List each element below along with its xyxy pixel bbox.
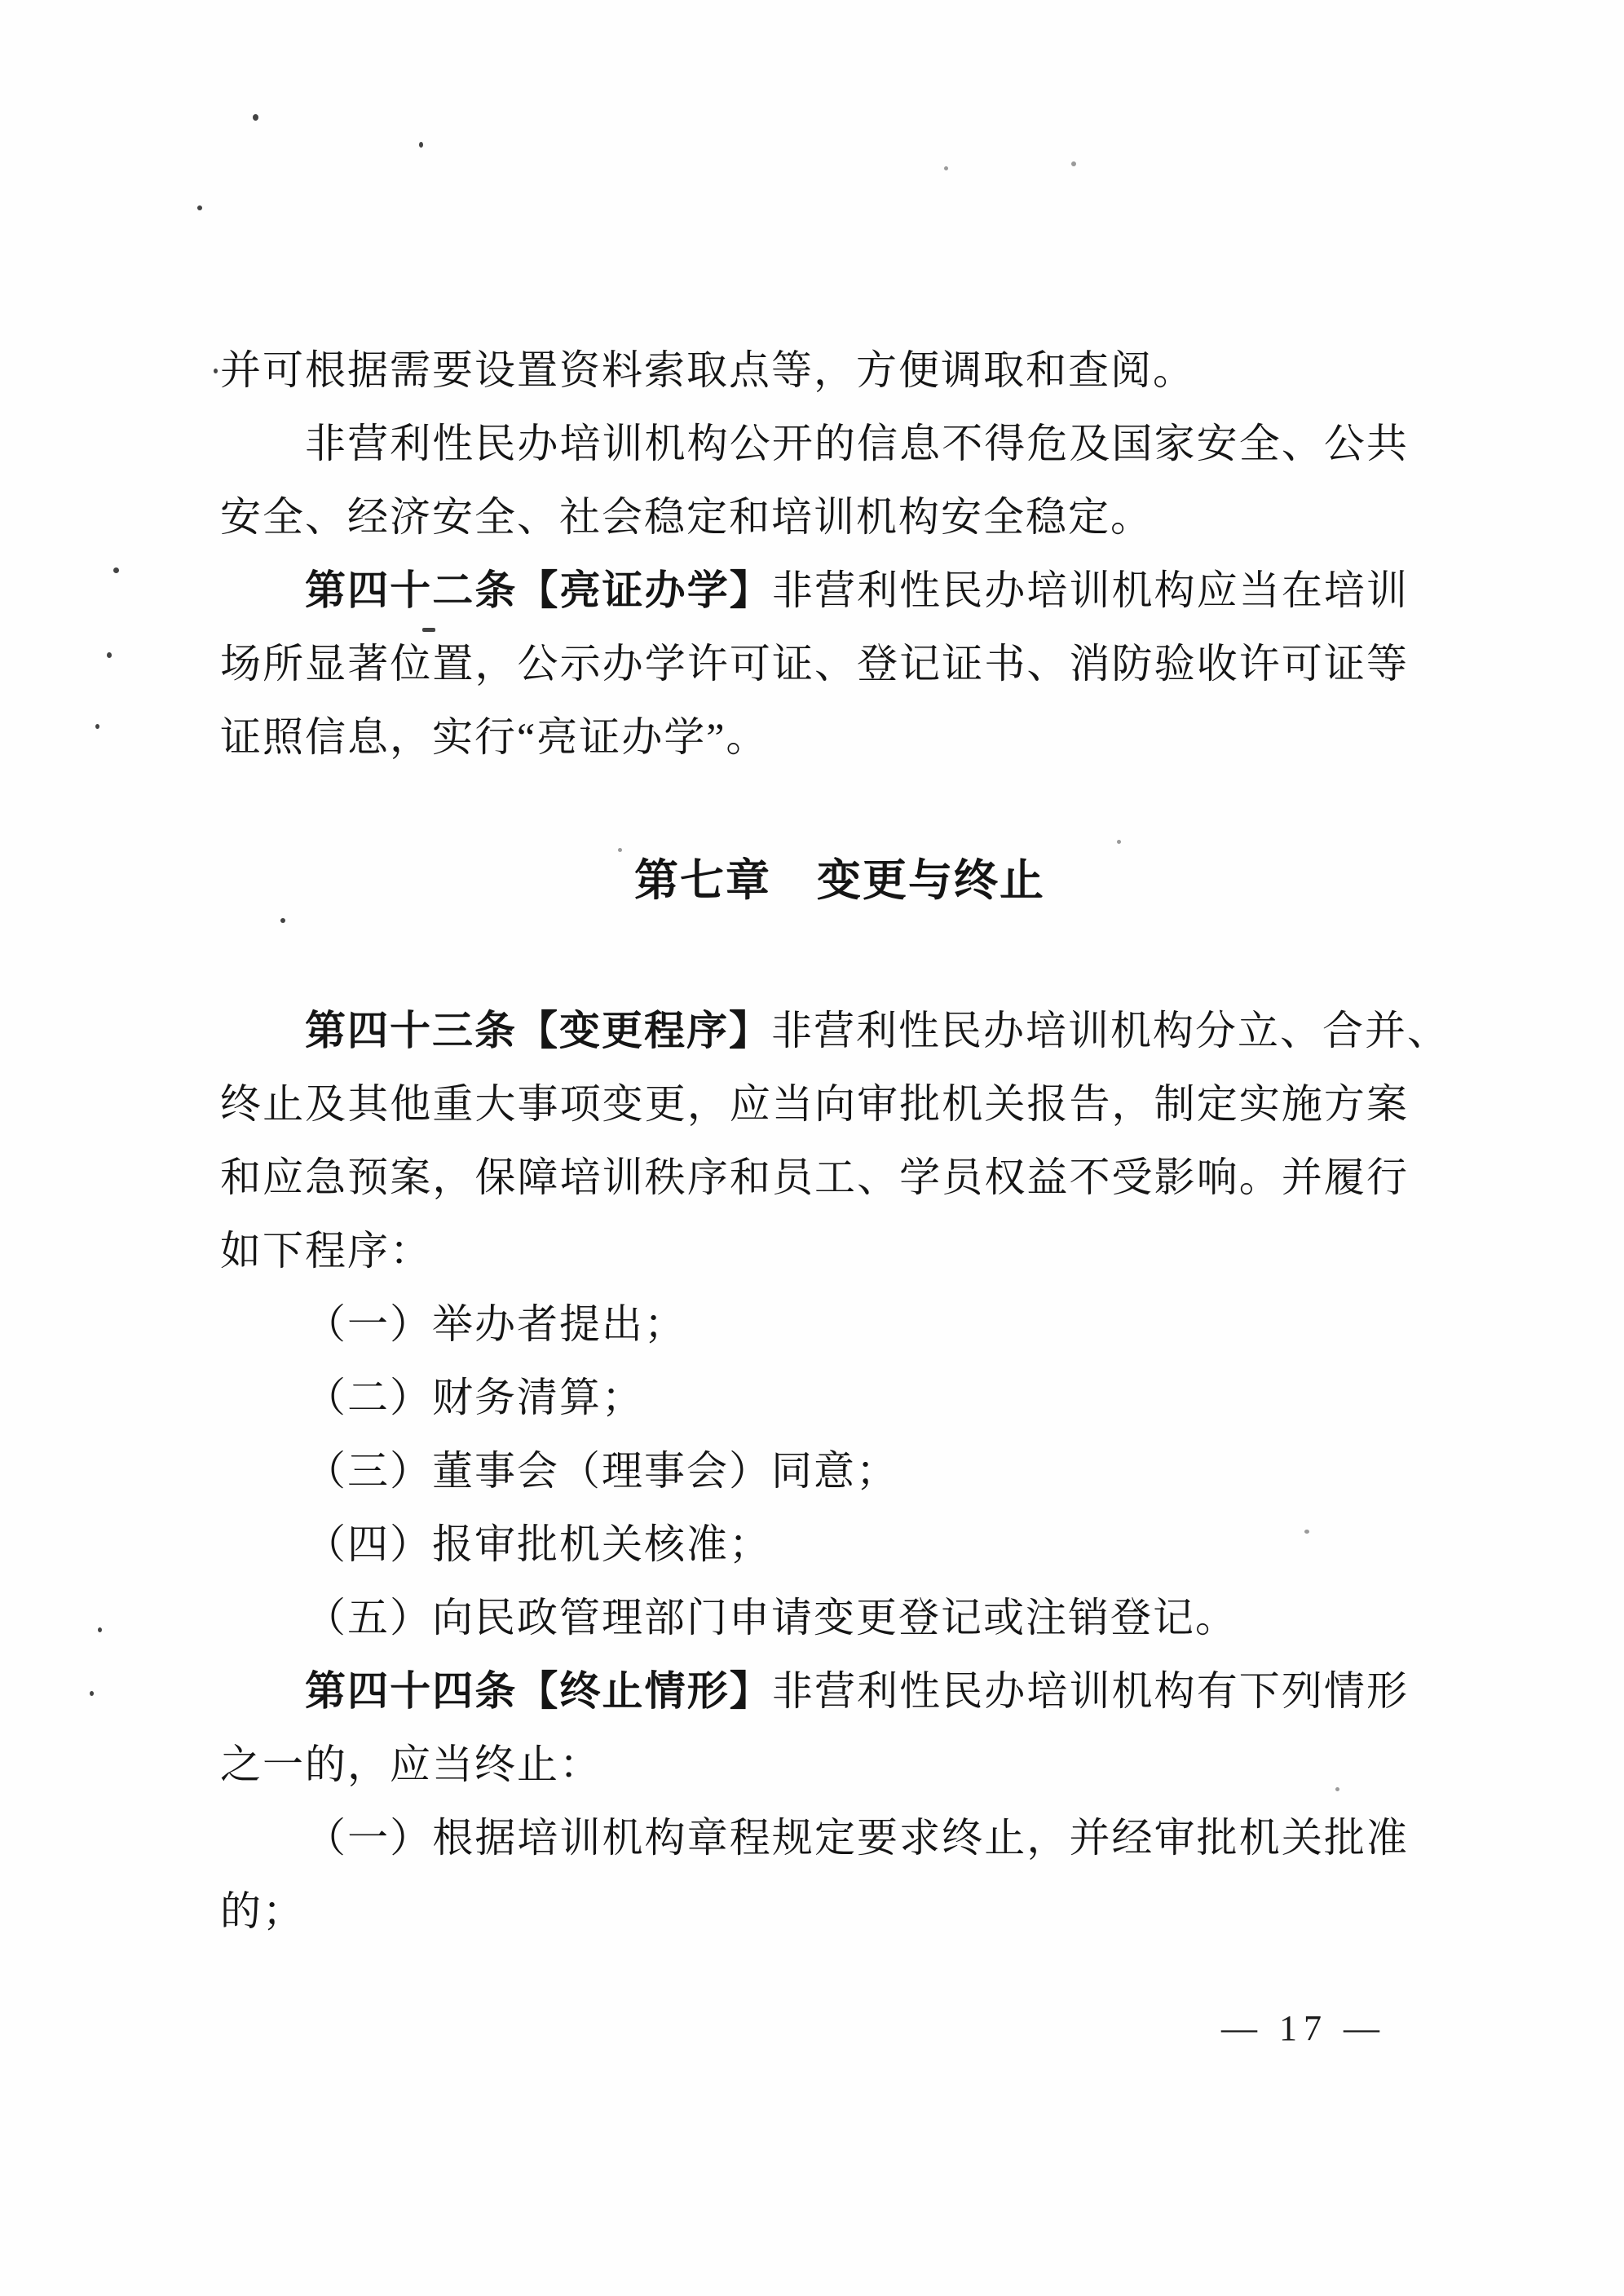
scan-speck (1071, 161, 1076, 166)
body-line: 的； (220, 1887, 1407, 1936)
list-item-termination-1: （一）根据培训机构章程规定要求终止，并经审批机关批准 (305, 1813, 1407, 1862)
scanned-document-page: 并可根据需要设置资料索取点等，方便调取和查阅。 非营利性民办培训机构公开的信息不… (0, 0, 1624, 2296)
scan-speck (280, 918, 285, 923)
article-43-heading-line: 第四十三条【变更程序】非营利性民办培训机构分立、合并、 (305, 1006, 1450, 1055)
body-line: 之一的，应当终止： (220, 1740, 1407, 1789)
article-44-text: 非营利性民办培训机构有下列情形 (772, 1668, 1407, 1714)
scan-speck (944, 166, 948, 170)
scan-speck (253, 114, 258, 121)
article-44-number-bold: 第四十四条【终止情形】 (305, 1668, 772, 1714)
list-item-4: （四）报审批机关核准； (305, 1520, 1407, 1569)
scan-speck (113, 567, 119, 573)
article-43-text: 非营利性民办培训机构分立、合并、 (771, 1008, 1450, 1053)
scan-speck (1117, 840, 1121, 844)
page-number: — 17 — (1221, 2007, 1386, 2049)
scan-speck (419, 142, 423, 148)
list-item-1: （一）举办者提出； (305, 1300, 1407, 1349)
chapter-heading: 第七章 变更与终止 (220, 854, 1407, 907)
scan-speck (90, 1691, 94, 1696)
list-item-5: （五）向民政管理部门申请变更登记或注销登记。 (305, 1593, 1407, 1642)
body-line: 终止及其他重大事项变更，应当向审批机关报告，制定实施方案 (220, 1080, 1407, 1128)
scan-speck (98, 1627, 102, 1632)
body-line: 证照信息，实行“亮证办学”。 (220, 713, 1407, 762)
article-44-heading-line: 第四十四条【终止情形】非营利性民办培训机构有下列情形 (305, 1667, 1407, 1715)
body-line: 场所显著位置，公示办学许可证、登记证书、消防验收许可证等 (220, 639, 1407, 688)
article-42-number-bold: 第四十二条【亮证办学】 (305, 567, 772, 613)
body-line: 非营利性民办培训机构公开的信息不得危及国家安全、公共 (305, 419, 1407, 468)
scan-speck (1304, 1530, 1309, 1534)
scan-speck (422, 628, 435, 632)
scan-speck (618, 848, 622, 852)
body-line: 并可根据需要设置资料索取点等，方便调取和查阅。 (220, 346, 1407, 395)
article-42-heading-line: 第四十二条【亮证办学】非营利性民办培训机构应当在培训 (305, 566, 1407, 615)
article-42-text: 非营利性民办培训机构应当在培训 (772, 567, 1407, 613)
body-line: 安全、经济安全、社会稳定和培训机构安全稳定。 (220, 492, 1407, 541)
scan-speck (95, 724, 99, 729)
scan-speck (197, 205, 202, 210)
list-item-2: （二）财务清算； (305, 1373, 1407, 1422)
list-item-3: （三）董事会（理事会）同意； (305, 1446, 1407, 1495)
body-line: 如下程序： (220, 1226, 1407, 1275)
body-line: 和应急预案，保障培训秩序和员工、学员权益不受影响。并履行 (220, 1153, 1407, 1202)
article-43-number-bold: 第四十三条【变更程序】 (305, 1008, 771, 1053)
scan-speck (1335, 1787, 1339, 1791)
scan-speck (107, 652, 112, 658)
scan-speck (214, 369, 218, 373)
